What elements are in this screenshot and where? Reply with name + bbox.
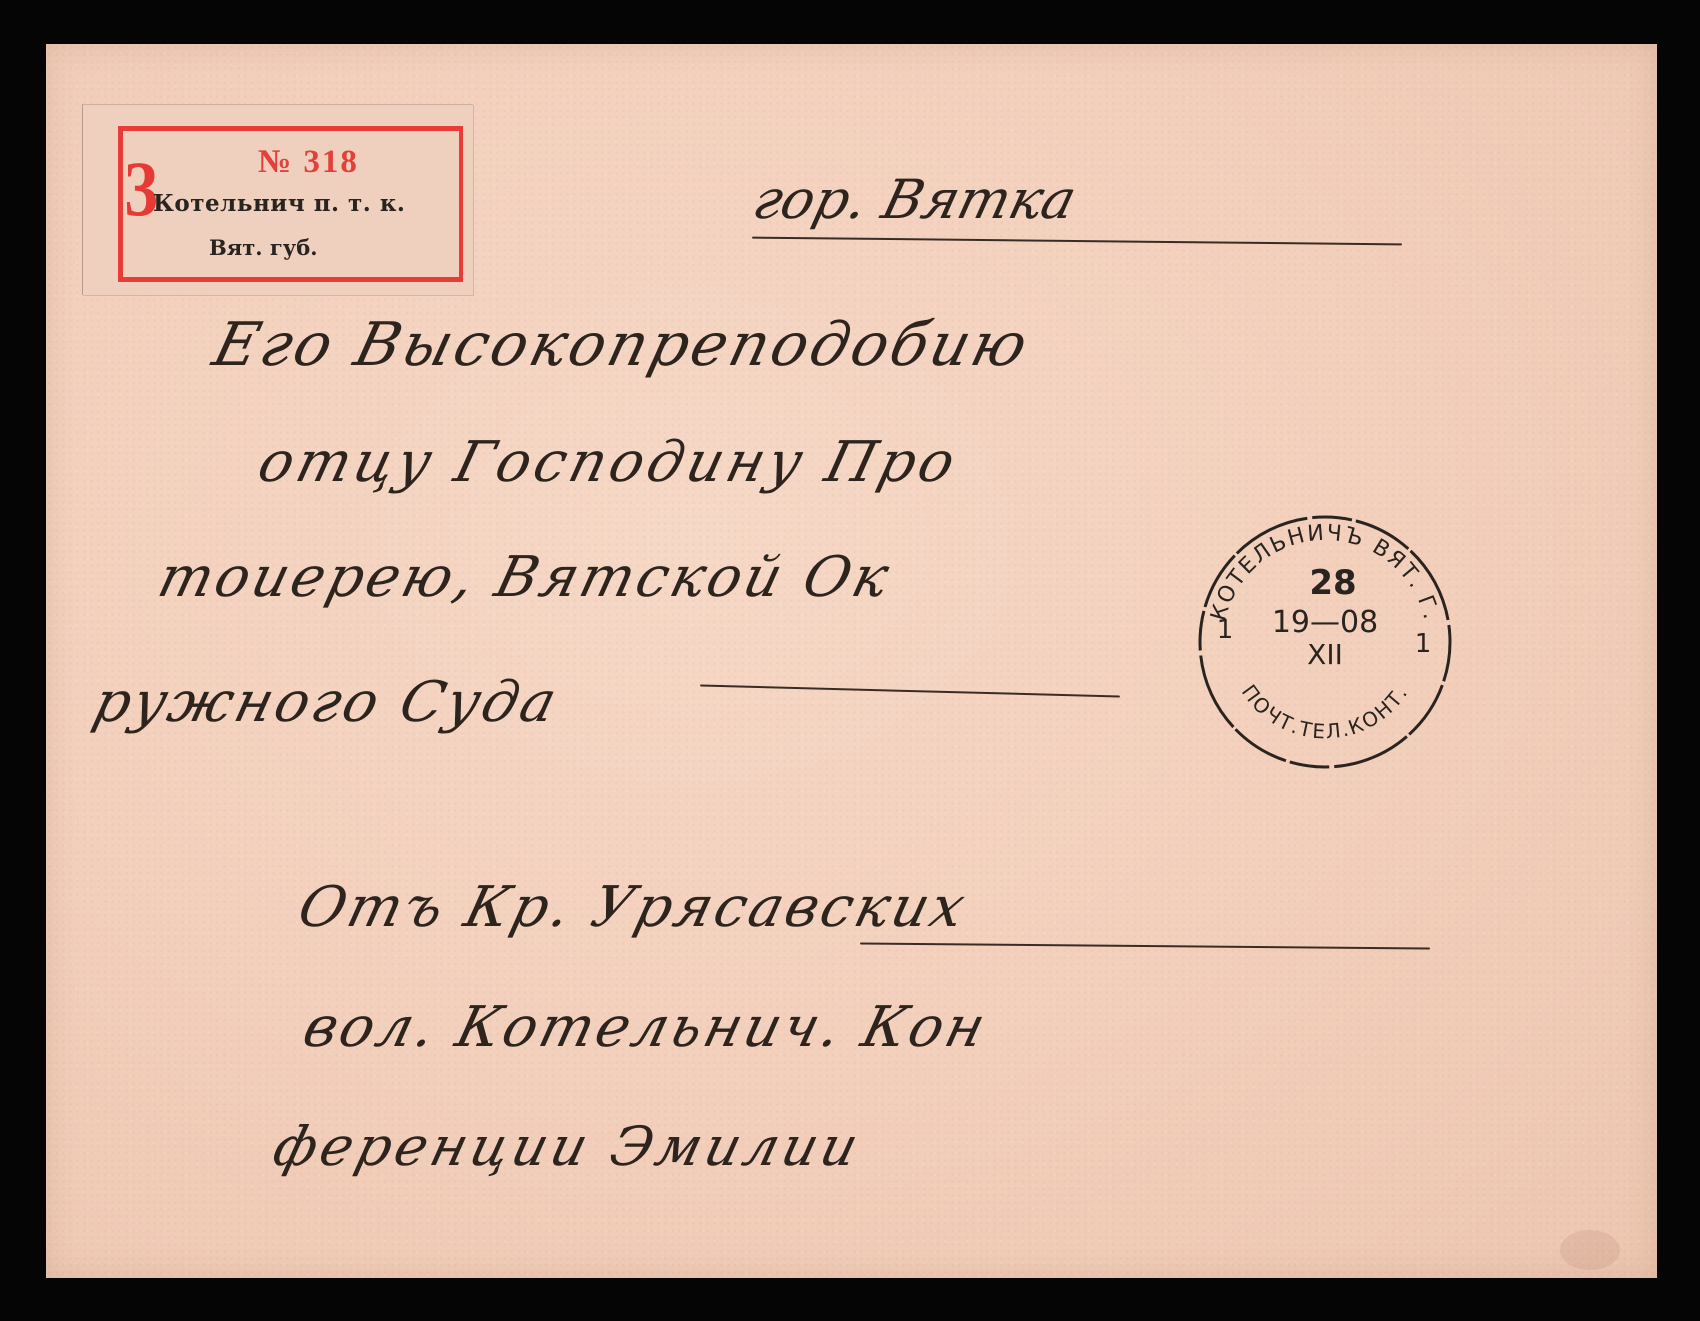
- sender-line-1: Отъ Кр. Урясавских: [292, 875, 974, 940]
- postmark-cancel-icon: КОТЕЛЬНИЧЪ ВЯТ. Г. ПОЧТ.ТЕЛ.КОНТ. 28 19—…: [1185, 492, 1465, 772]
- address-line-1: Его Высокопреподобию: [206, 310, 1037, 380]
- address-line-3: тоиерею, Вятской Ок: [152, 545, 898, 610]
- postmark: КОТЕЛЬНИЧЪ ВЯТ. Г. ПОЧТ.ТЕЛ.КОНТ. 28 19—…: [1185, 492, 1465, 772]
- svg-text:1: 1: [1217, 615, 1234, 645]
- registration-office: Котельнич п. т. к.: [153, 190, 405, 217]
- registration-number: № 318: [258, 144, 359, 181]
- svg-text:ПОЧТ.ТЕЛ.КОНТ.: ПОЧТ.ТЕЛ.КОНТ.: [1237, 680, 1413, 744]
- svg-text:28: 28: [1309, 563, 1356, 603]
- address-city: гор. Вятка: [747, 168, 1082, 231]
- svg-text:XII: XII: [1307, 638, 1343, 671]
- address-line-2: отцу Господину Про: [252, 430, 965, 495]
- sender-line-2: вол. Котельнич. Кон: [297, 995, 995, 1060]
- sender-line-3: ференции Эмилии: [267, 1115, 868, 1178]
- svg-text:19—08: 19—08: [1272, 605, 1378, 640]
- svg-text:1: 1: [1415, 629, 1432, 659]
- address-line-4: ружного Суда: [87, 670, 566, 735]
- paper-stain: [1560, 1230, 1620, 1270]
- registration-region: Вят. губ.: [209, 235, 318, 260]
